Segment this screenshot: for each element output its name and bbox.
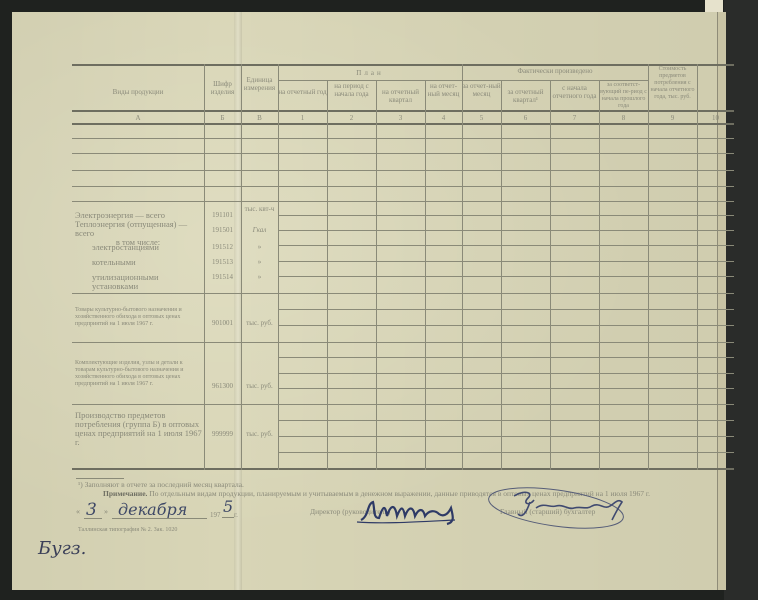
date-year-suffix: 5 xyxy=(223,497,233,516)
row-utilization-code: 191514 xyxy=(204,273,241,281)
row-power-stations-name: электростанциями xyxy=(92,243,202,252)
date-year-line xyxy=(222,517,234,518)
date-day: 3 xyxy=(86,500,97,520)
header-fact-group: Фактически произведено xyxy=(462,67,648,75)
row-group-b-unit: тыс. руб. xyxy=(241,430,278,438)
col-code-5: 5 xyxy=(462,114,501,122)
col-code-2: 2 xyxy=(327,114,376,122)
col-code-7: 7 xyxy=(550,114,599,122)
row-consumer-goods-code: 901001 xyxy=(204,319,241,327)
header-product-types: Виды продукции xyxy=(72,88,204,96)
date-month: декабря xyxy=(118,500,187,519)
col-code-10: 10 xyxy=(697,114,734,122)
margin-handwritten-note: Бугз. xyxy=(38,538,86,559)
row-power-stations-code: 191512 xyxy=(204,243,241,251)
scan-paper-corner xyxy=(705,0,723,12)
header-plan-month: на отчет-ный месяц xyxy=(425,82,462,98)
scan-background-right xyxy=(724,0,758,600)
row-heat-unit: Гкал xyxy=(241,226,278,234)
note-label: Примечание. xyxy=(103,489,147,498)
col-code-a: А xyxy=(72,114,204,122)
date-quote-close: » xyxy=(104,508,108,516)
adjacent-page-edge xyxy=(717,12,726,590)
header-fact-ytd: с начала отчетного года xyxy=(550,84,599,100)
row-electricity-unit: тыс. квт-ч xyxy=(243,205,276,213)
date-month-line xyxy=(112,518,207,519)
row-power-stations-unit: » xyxy=(241,243,278,251)
header-plan-year: на отчетный год xyxy=(278,88,327,96)
row-group-b-code: 999999 xyxy=(204,430,241,438)
row-components-unit: тыс. руб. xyxy=(241,382,278,390)
header-fact-month: за отчет-ный месяц xyxy=(462,82,501,98)
date-quote-open: « xyxy=(76,508,80,516)
date-year-prefix: 197 xyxy=(210,511,221,519)
header-fact-quarter: за отчетный квартал¹ xyxy=(501,88,550,104)
printer-imprint: Таллинская типография № 2. Зак. 1020 xyxy=(78,526,278,534)
header-plan-quarter: на отчетный квартал xyxy=(376,88,425,104)
col-code-b: Б xyxy=(204,114,241,122)
row-electricity-code: 191101 xyxy=(204,211,241,219)
row-group-b-name: Производство предметов потребления (груп… xyxy=(75,411,203,447)
header-plan-ytd: на период с начала года xyxy=(327,82,376,98)
date-year-end: г. xyxy=(234,511,238,519)
header-item-code: Шифр изделия xyxy=(204,80,241,96)
col-code-6: 6 xyxy=(501,114,550,122)
row-consumer-goods-name: Товары культурно-бытового назначения и х… xyxy=(75,307,203,328)
row-boilers-unit: » xyxy=(241,258,278,266)
col-code-9: 9 xyxy=(648,114,697,122)
row-components-name: Комплектующие изделия, узлы и детали к т… xyxy=(75,360,203,388)
row-consumer-goods-unit: тыс. руб. xyxy=(241,319,278,327)
row-components-code: 961300 xyxy=(204,382,241,390)
accountant-signature xyxy=(484,484,644,536)
header-fact-prev-year: за соответст-вующий пе-риод с начала про… xyxy=(599,82,648,110)
col-code-v: В xyxy=(241,114,278,122)
col-code-8: 8 xyxy=(599,114,648,122)
col-code-4: 4 xyxy=(425,114,462,122)
row-boilers-code: 191513 xyxy=(204,258,241,266)
footnote-divider xyxy=(76,478,124,479)
row-heat-name: Теплоэнергия (отпущенная) — всего xyxy=(75,220,203,238)
date-day-line xyxy=(84,518,102,519)
col-code-3: 3 xyxy=(376,114,425,122)
row-utilization-unit: » xyxy=(241,273,278,281)
header-unit: Единица измерения xyxy=(241,76,278,92)
footnote: ¹) Заполняют в отчете за последний месяц… xyxy=(78,481,378,489)
row-boilers-name: котельными xyxy=(92,258,202,267)
col-code-1: 1 xyxy=(278,114,327,122)
row-heat-code: 191501 xyxy=(204,226,241,234)
header-plan-group: План xyxy=(278,69,462,77)
row-utilization-name: утилизационными установками xyxy=(92,273,204,291)
director-signature xyxy=(355,494,465,530)
header-consumer-goods-cost: Стоимость предметов потребления с начала… xyxy=(648,66,697,101)
